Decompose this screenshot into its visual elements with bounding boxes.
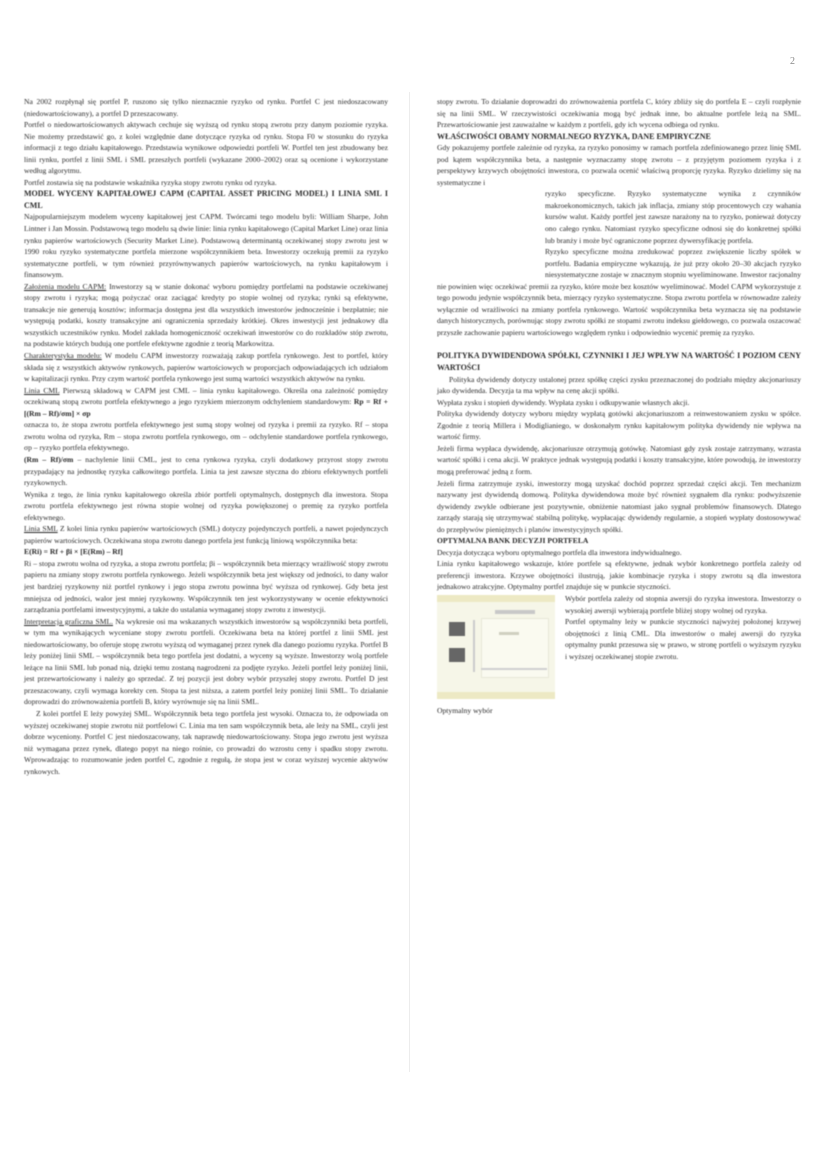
- section-heading-portfolio: OPTYMALNA BANK DECYZJI PORTFELA: [437, 535, 801, 547]
- paragraph-text: – nachylenie linii CML, jest to cena ryn…: [24, 455, 388, 487]
- paragraph: Gdy pokazujemy portfele zależnie od ryzy…: [437, 142, 801, 188]
- left-column: Na 2002 rozpłynął się portfel P, ruszono…: [24, 96, 388, 777]
- page-number: 2: [790, 56, 795, 67]
- term-label: Linia CML: [24, 386, 60, 395]
- paragraph: Interpretacja graficzna SML. Na wykresie…: [24, 616, 388, 708]
- paragraph-text: Na wykresie osi ma wskazanych wszystkich…: [24, 617, 388, 707]
- section-heading-dividend: POLITYKA DYWIDENDOWA SPÓŁKI, CZYNNIKI I …: [437, 350, 801, 373]
- paragraph: Jeżeli firma wypłaca dywidendę, akcjonar…: [437, 443, 801, 478]
- term-label: Interpretacja graficzna SML.: [24, 617, 113, 626]
- figure-block: Wybór portfela zależy od stopnia awersji…: [437, 593, 801, 701]
- paragraph: Jeżeli firma zatrzymuje zyski, inwestorz…: [437, 478, 801, 536]
- paragraph: Założenia modelu CAPM: Inwestorzy są w s…: [24, 281, 388, 350]
- paragraph: oznacza to, że stopa zwrotu portfela efe…: [24, 419, 388, 454]
- paragraph-text: Pierwszą składową w CAPM jest CML – lini…: [24, 386, 388, 407]
- section-heading-capm: MODEL WYCENY KAPITAŁOWEJ CAPM (CAPITAL A…: [24, 188, 388, 211]
- figure-title: [495, 610, 535, 614]
- paragraph: Charakterystyka modelu: W modelu CAPM in…: [24, 350, 388, 385]
- paragraph: Na 2002 rozpłynął się portfel P, ruszono…: [24, 96, 388, 119]
- paragraph: stopy zwrotu. To działanie doprowadzi do…: [437, 96, 801, 131]
- spacer: [437, 338, 801, 350]
- figure-label-block: [449, 622, 465, 636]
- paragraph: Linia SML Z kolei linia rynku papierów w…: [24, 523, 388, 546]
- figure-y-axis: [473, 620, 475, 672]
- figure-x-axis: [481, 668, 547, 670]
- paragraph: Z kolei portfel E leży powyżej SML. Wspó…: [24, 708, 388, 777]
- paragraph: (Rm – Rf)/σm – nachylenie linii CML, jes…: [24, 454, 388, 489]
- figure-curve: [499, 632, 519, 635]
- paragraph: Polityka dywidendy dotyczy wyboru między…: [437, 408, 801, 443]
- column-divider: [409, 92, 410, 1072]
- paragraph: Ri – stopa zwrotu wolna od ryzyka, a sto…: [24, 558, 388, 616]
- missing-image-placeholder: [437, 188, 545, 272]
- formula-slope: (Rm – Rf)/σm: [24, 455, 73, 464]
- paragraph: Decyzja dotycząca wyboru optymalnego por…: [437, 547, 801, 559]
- indifference-curves-figure: [437, 595, 555, 699]
- paragraph: Linia rynku kapitałowego wskazuje, które…: [437, 558, 801, 593]
- paragraph: Portfel o niedowartościowanych aktywach …: [24, 119, 388, 177]
- term-label: Linia SML: [24, 524, 58, 533]
- paragraph: Najpopularniejszym modelem wyceny kapita…: [24, 211, 388, 280]
- formula-sml: E(Ri) = Rf + βi × [E(Rm) – Rf]: [24, 546, 388, 558]
- paragraph-text: Inwestorzy są w stanie dokonać wyboru po…: [24, 282, 388, 349]
- right-column: stopy zwrotu. To działanie doprowadzi do…: [437, 96, 801, 717]
- term-label: Założenia modelu CAPM:: [24, 282, 106, 291]
- paragraph: Polityka dywidendy dotyczy ustalonej prz…: [437, 374, 801, 397]
- paragraph: Wynika z tego, że linia rynku kapitałowe…: [24, 489, 388, 524]
- figure-caption: Optymalny wybór: [437, 701, 801, 717]
- paragraph: Linia CML Pierwszą składową w CAPM jest …: [24, 385, 388, 420]
- paragraph-text: Z kolei linia rynku papierów wartościowy…: [24, 524, 388, 545]
- term-label: Charakterystyka modelu:: [24, 351, 102, 360]
- figure-label-block: [449, 648, 465, 662]
- paragraph: Wypłata zysku i stopień dywidendy. Wypła…: [437, 397, 801, 409]
- section-heading-risk: WŁAŚCIWOŚCI OBAMY NORMALNEGO RYZYKA, DAN…: [437, 131, 801, 143]
- paragraph: Portfel zostawia się na podstawie wskaźn…: [24, 177, 388, 189]
